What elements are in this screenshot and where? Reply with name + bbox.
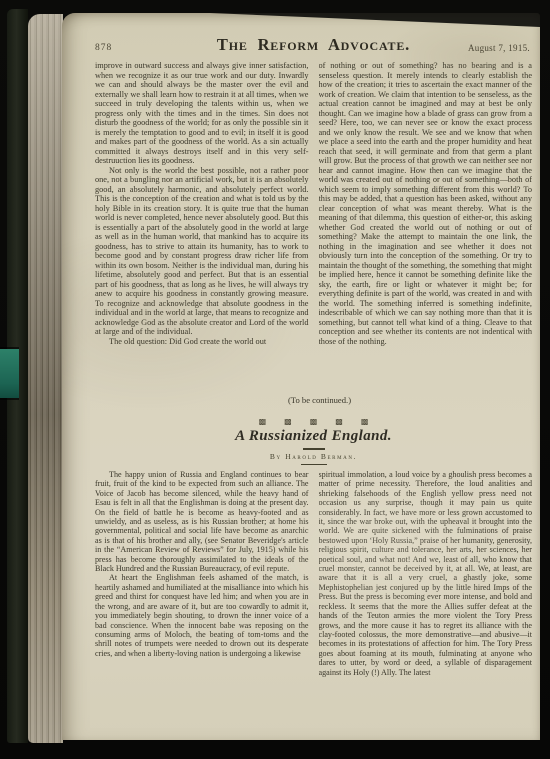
article-2-right-column: spiritual immolation, a loud voice by a … [319, 470, 533, 742]
article-2: The happy union of Russia and England co… [95, 470, 532, 742]
article-paragraph: The happy union of Russia and England co… [95, 470, 309, 573]
journal-title: The Reform Advocate. [217, 35, 410, 55]
page-header: 878 The Reform Advocate. August 7, 1915. [95, 36, 532, 55]
article-1: improve in outward success and always gi… [95, 61, 532, 393]
article-byline: By Harold Berman. [95, 452, 532, 462]
article-1-left-column: improve in outward success and always gi… [95, 61, 309, 393]
title-divider [303, 448, 325, 450]
photo-background: 878 The Reform Advocate. August 7, 1915.… [0, 0, 550, 759]
article-paragraph: The old question: Did God create the wor… [95, 337, 309, 347]
article-paragraph: Not only is the world the best possible,… [95, 166, 309, 337]
article-paragraph: At heart the Englishman feels ashamed of… [95, 573, 309, 658]
ornament-row: ▩▩▩▩▩ [95, 411, 532, 423]
article-paragraph: of nothing or out of something? has no b… [319, 61, 533, 346]
page-top-shadow [210, 13, 540, 27]
article-1-right-column: of nothing or out of something? has no b… [319, 61, 533, 393]
to-be-continued-note: (To be continued.) [95, 395, 532, 406]
page-fore-edge [28, 14, 63, 743]
article-2-left-column: The happy union of Russia and England co… [95, 470, 309, 742]
article-paragraph: spiritual immolation, a loud voice by a … [319, 470, 533, 677]
byline-divider [301, 464, 327, 465]
article-title: A Russianized England. [95, 427, 532, 445]
article-2-heading: A Russianized England. By Harold Berman. [95, 427, 532, 465]
article-paragraph: improve in outward success and always gi… [95, 61, 309, 166]
issue-date: August 7, 1915. [468, 43, 530, 53]
scanned-page: 878 The Reform Advocate. August 7, 1915.… [62, 13, 540, 740]
page-number: 878 [95, 43, 112, 53]
bookmark-tab [0, 349, 19, 398]
